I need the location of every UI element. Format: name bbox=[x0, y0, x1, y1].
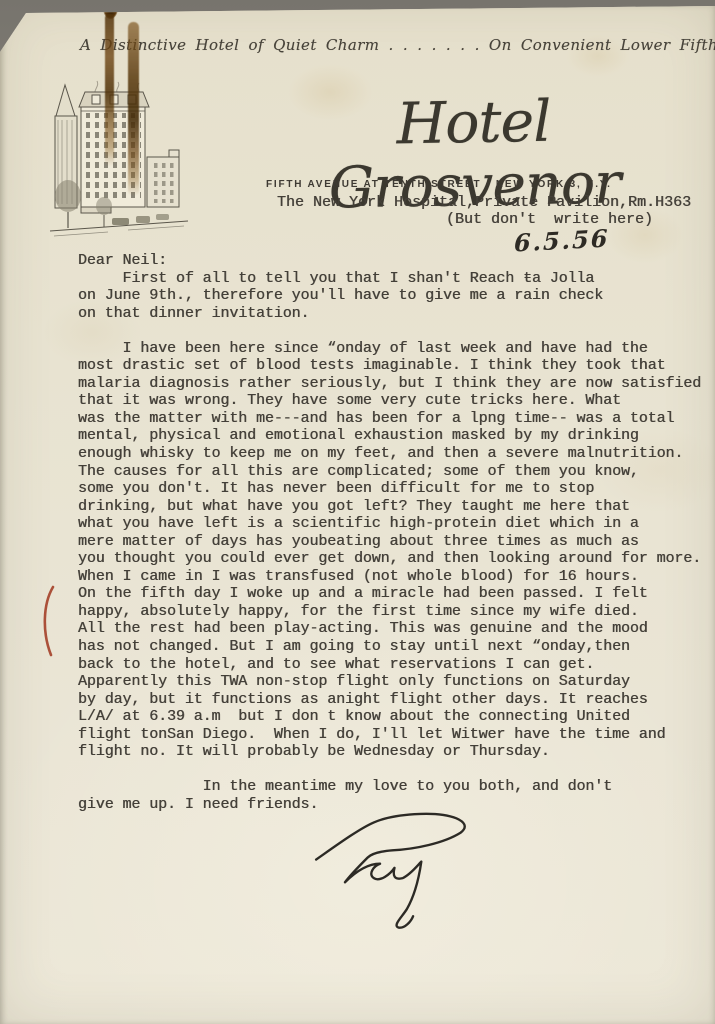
red-margin-mark bbox=[40, 584, 56, 658]
hotel-building-illustration bbox=[48, 80, 193, 242]
letterhead-address: FIFTH AVENUE AT TENTH STREET • NEW YORK … bbox=[266, 179, 612, 190]
letter-body: Dear Neil: First of all to tell you that… bbox=[78, 252, 701, 814]
typed-location-line: The New York Hospital,Private Pavilion,R… bbox=[277, 194, 691, 211]
stain-streak-left bbox=[105, 14, 114, 166]
typed-note-line: (But don't write here) bbox=[446, 211, 653, 228]
scanned-letter-page: A Distinctive Hotel of Quiet Charm . . .… bbox=[0, 0, 715, 1024]
stain-streak-right bbox=[128, 22, 139, 196]
signature-ray bbox=[312, 812, 477, 936]
letter-paper: A Distinctive Hotel of Quiet Charm . . .… bbox=[0, 0, 715, 1024]
letterhead-tagline: A Distinctive Hotel of Quiet Charm . . .… bbox=[80, 36, 685, 54]
